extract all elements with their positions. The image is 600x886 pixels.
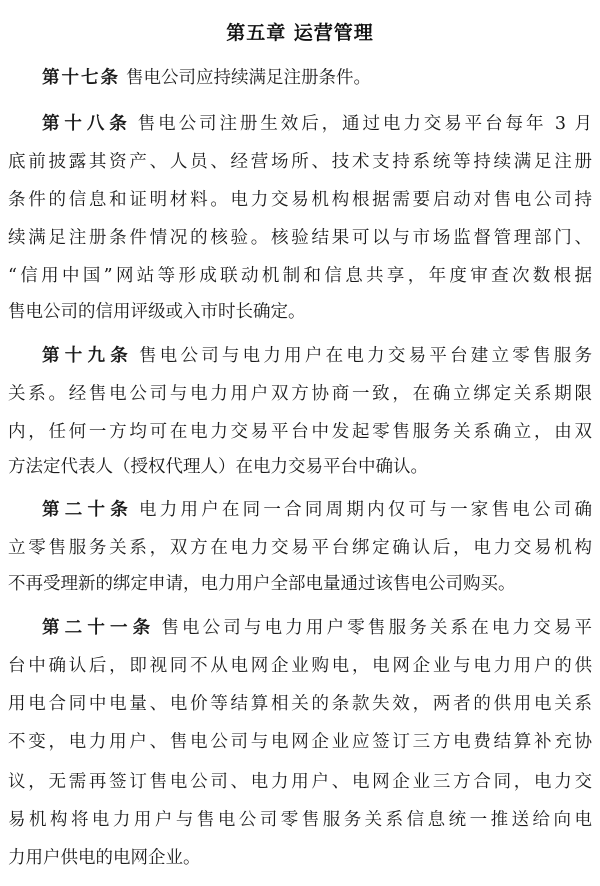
- article-17-label: 第十七条: [42, 68, 120, 88]
- article-18-text-1: 售电公司注册生效后，通过电力交易平台每年 3 月: [138, 114, 592, 134]
- article-19-line-4: 方法定代表人（授权代理人）在电力交易平台中确认。: [8, 455, 592, 479]
- article-20-label: 第二十条: [42, 500, 133, 520]
- article-17-line-1: 第十七条售电公司应持续满足注册条件。: [42, 66, 592, 90]
- article-21-line-4: 不变，电力用户、售电公司与电网企业应签订三方电费结算补充协: [8, 730, 592, 754]
- article-20-line-2: 立零售服务关系，双方在电力交易平台绑定确认后，电力交易机构: [8, 536, 592, 560]
- article-21-line-3: 用电合同中电量、电价等结算相关的条款失效，两者的供用电关系: [8, 692, 592, 716]
- article-18-line-3: 条件的信息和证明材料。电力交易机构根据需要启动对售电公司持: [8, 188, 592, 212]
- article-20-text-1: 电力用户在同一合同周期内仅可与一家售电公司确: [139, 500, 592, 520]
- article-18-line-6: 售电公司的信用评级或入市时长确定。: [8, 300, 592, 324]
- article-18-line-1: 第十八条售电公司注册生效后，通过电力交易平台每年 3 月: [42, 112, 592, 136]
- article-19-line-3: 内，任何一方均可在电力交易平台中发起零售服务关系确立，由双: [8, 420, 592, 444]
- article-19-text-1: 售电公司与电力用户在电力交易平台建立零售服务: [139, 346, 592, 366]
- article-20-line-3: 不再受理新的绑定申请，电力用户全部电量通过该售电公司购买。: [8, 572, 592, 596]
- article-21-line-2: 台中确认后，即视同不从电网企业购电，电网企业与电力用户的供: [8, 654, 592, 678]
- chapter-title: 第五章 运营管理: [0, 18, 600, 45]
- article-19-line-1: 第十九条售电公司与电力用户在电力交易平台建立零售服务: [42, 344, 592, 368]
- article-21-line-6: 易机构将电力用户与售电公司零售服务关系信息统一推送给向电: [8, 808, 592, 832]
- article-19-line-2: 关系。经售电公司与电力用户双方协商一致，在确立绑定关系期限: [8, 382, 592, 406]
- article-21-label: 第二十一条: [42, 618, 155, 638]
- article-18-line-4: 续满足注册条件情况的核验。核验结果可以与市场监督管理部门、: [8, 226, 592, 250]
- article-21-text-1: 售电公司与电力用户零售服务关系在电力交易平: [161, 618, 592, 638]
- article-18-label: 第十八条: [42, 114, 132, 134]
- article-21-line-1: 第二十一条售电公司与电力用户零售服务关系在电力交易平: [42, 616, 592, 640]
- article-19-label: 第十九条: [42, 346, 133, 366]
- article-17-text: 售电公司应持续满足注册条件。: [126, 68, 371, 88]
- document-page: 第五章 运营管理 第十七条售电公司应持续满足注册条件。 第十八条售电公司注册生效…: [0, 0, 600, 886]
- article-18-line-2: 底前披露其资产、人员、经营场所、技术支持系统等持续满足注册: [8, 150, 592, 174]
- article-18-line-5: “信用中国”网站等形成联动机制和信息共享，年度审查次数根据: [8, 264, 592, 288]
- article-20-line-1: 第二十条电力用户在同一合同周期内仅可与一家售电公司确: [42, 498, 592, 522]
- article-21-line-5: 议，无需再签订售电公司、电力用户、电网企业三方合同，电力交: [8, 770, 592, 794]
- article-21-line-7: 力用户供电的电网企业。: [8, 846, 592, 870]
